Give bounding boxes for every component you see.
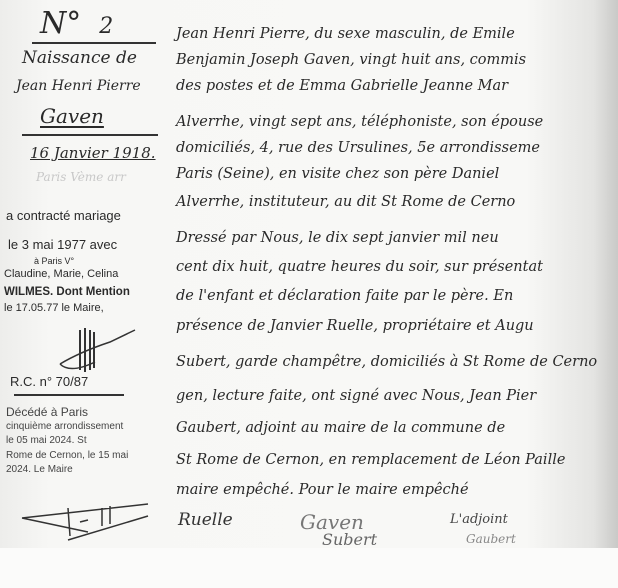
act-number-label: N° <box>40 6 81 41</box>
act-number-value: 2 <box>99 14 113 39</box>
body-line: maire empêché. Pour le maire empêché <box>176 482 469 498</box>
divider <box>14 394 124 396</box>
margin-signature <box>18 500 158 545</box>
divider <box>32 42 156 44</box>
signature-adjoint-gaubert: Gaubert <box>466 532 516 546</box>
scan-margin <box>0 548 618 588</box>
faint-annotation: Paris Vème arr <box>36 170 126 184</box>
body-line: Paris (Seine), en visite chez son père D… <box>176 166 499 182</box>
body-line: présence de Janvier Ruelle, propriétaire… <box>176 318 534 334</box>
body-line: cent dix huit, quatre heures du soir, su… <box>176 259 543 275</box>
marriage-note-line: le 3 mai 1977 avec <box>8 237 117 252</box>
body-line: Gaubert, adjoint au maire de la commune … <box>176 420 505 436</box>
rc-number: R.C. n° 70/87 <box>10 374 88 389</box>
mayor-signature-flourish <box>50 322 140 382</box>
body-line: gen, lecture faite, ont signé avec Nous,… <box>176 388 536 404</box>
marriage-note-line: à Paris V° <box>34 256 74 266</box>
body-line: Subert, garde champêtre, domiciliés à St… <box>176 354 597 370</box>
signature-witness-ruelle: Ruelle <box>178 510 233 530</box>
signature-witness-subert: Subert <box>322 530 377 549</box>
death-note-line: Rome de Cernon, le 15 mai <box>6 449 176 464</box>
death-note-line: 2024. Le Maire <box>6 463 176 478</box>
body-line: de l'enfant et déclaration faite par le … <box>176 288 513 304</box>
divider <box>22 134 158 136</box>
child-given-names: Jean Henri Pierre <box>16 78 141 94</box>
death-note-line: Décédé à Paris <box>6 405 176 420</box>
marriage-note-line: Claudine, Marie, Celina <box>4 268 118 280</box>
signature-adjoint-label: L'adjoint <box>450 512 508 527</box>
body-line: Jean Henri Pierre, du sexe masculin, de … <box>176 26 515 42</box>
record-title: Naissance de <box>22 48 137 68</box>
body-line: des postes et de Emma Gabrielle Jeanne M… <box>176 78 508 94</box>
child-surname: Gaven <box>40 104 104 128</box>
act-number: N°2 <box>40 6 113 41</box>
body-line: Benjamin Joseph Gaven, vingt huit ans, c… <box>176 52 526 68</box>
marriage-note-line: a contracté mariage <box>6 208 121 223</box>
death-note-line: cinquième arrondissement <box>6 420 176 435</box>
scanned-document-page: N°2 Naissance de Jean Henri Pierre Gaven… <box>0 0 618 548</box>
death-note: Décédé à Paris cinquième arrondissement … <box>6 405 176 478</box>
marriage-note-line: le 17.05.77 le Maire, <box>4 302 104 314</box>
body-line: Alverrhe, instituteur, au dit St Rome de… <box>176 194 515 210</box>
birth-date: 16 Janvier 1918. <box>30 144 156 162</box>
marriage-note-line: WILMES. Dont Mention <box>4 286 130 298</box>
death-note-line: le 05 mai 2024. St <box>6 434 176 449</box>
body-line: St Rome de Cernon, en remplacement de Lé… <box>176 452 565 468</box>
body-line: Alverrhe, vingt sept ans, téléphoniste, … <box>176 114 543 130</box>
body-line: domiciliés, 4, rue des Ursulines, 5e arr… <box>176 140 540 156</box>
body-line: Dressé par Nous, le dix sept janvier mil… <box>176 230 499 246</box>
